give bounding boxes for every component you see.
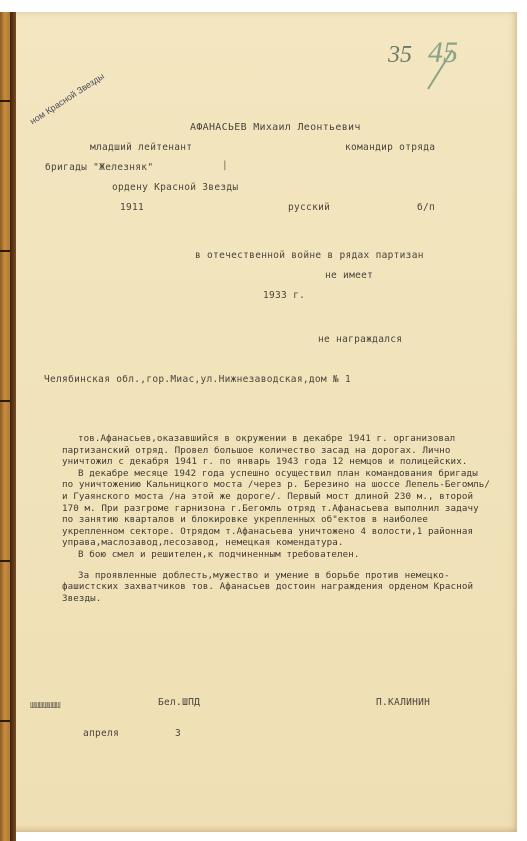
page-gutter-shadow: [10, 12, 16, 841]
citation-conclusion: За проявленные доблесть,мужество и умени…: [62, 570, 492, 605]
citation-text: тов.Афанасьев,оказавшийся в окружении в …: [62, 433, 492, 604]
signing-org: Бел.ШПД: [158, 697, 200, 708]
war-participation: в отечественной войне в рядах партизан: [195, 250, 424, 261]
previous-awards: не награждался: [318, 334, 402, 345]
pen-mark: |: [222, 160, 228, 171]
rank: младший лейтенант: [90, 142, 192, 153]
date-month: апреля: [83, 728, 119, 739]
wounds: не имеет: [325, 270, 373, 281]
army-since: 1933 г.: [263, 290, 305, 301]
signatory-name: П.КАЛИНИН: [376, 697, 430, 708]
redacted-mark: ШШШШШШШ: [30, 701, 60, 710]
full-name: АФАНАСЬЕВ Михаил Леонтьевич: [190, 122, 361, 133]
citation-paragraph: В декабре месяце 1942 года успешно осуще…: [62, 468, 492, 549]
home-address: Челябинская обл.,гор.Миас,ул.Нижнезаводс…: [44, 374, 351, 385]
party-status: б/п: [417, 202, 435, 213]
unit: бригады "Железняк": [45, 162, 153, 173]
archive-page-number: 35: [388, 42, 412, 69]
nationality: русский: [288, 202, 330, 213]
citation-paragraph: В бою смел и решителен,к подчиненным тре…: [62, 549, 492, 561]
birth-year: 1911: [120, 202, 144, 213]
award-type: ордену Красной Звезды: [112, 182, 238, 193]
citation-paragraph: тов.Афанасьев,оказавшийся в окружении в …: [62, 433, 492, 468]
date-day: 3: [175, 728, 181, 739]
position: командир отряда: [345, 142, 435, 153]
document-page: [10, 12, 517, 832]
